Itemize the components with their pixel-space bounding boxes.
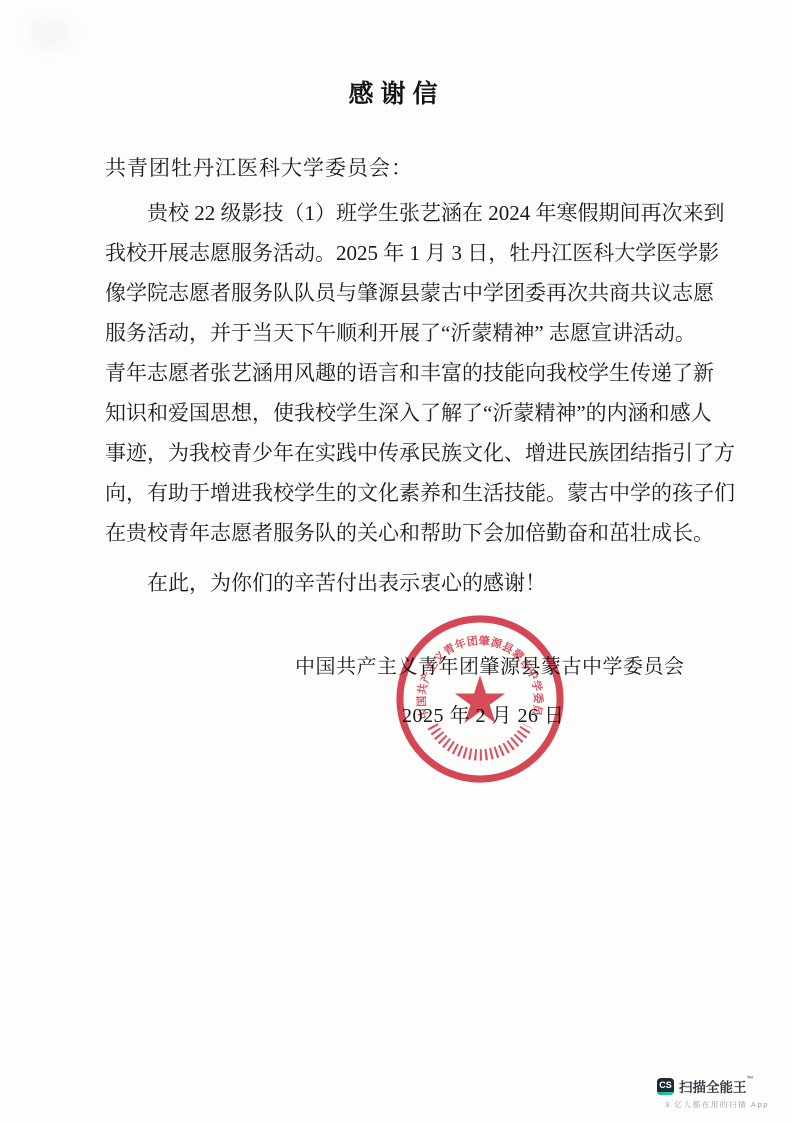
- body-line: 向，有助于增进我校学生的文化素养和生活技能。蒙古中学的孩子们: [105, 473, 683, 513]
- body-line: 服务活动，并于当天下午顺利开展了“沂蒙精神” 志愿宣讲活动。: [105, 313, 683, 353]
- watermark-tagline: 3 亿人都在用的扫描 App: [657, 1099, 777, 1110]
- letter-closing: 在此，为你们的辛苦付出表示衷心的感谢！: [105, 563, 683, 603]
- letter-date: 2025 年 2 月 26 日: [402, 699, 565, 728]
- body-line: 青年志愿者张艺涵用风趣的语言和丰富的技能向我校学生传递了新: [105, 353, 683, 393]
- body-line: 事迹，为我校青少年在实践中传承民族文化、增进民族团结指引了方: [105, 433, 683, 473]
- watermark-trademark: ™: [747, 1076, 754, 1083]
- letter-signature: 中国共产主义青年团肇源县蒙古中学委员会: [295, 650, 685, 679]
- scan-noise-artifact: [30, 20, 70, 48]
- watermark-logo-row: CS 扫描全能王™: [657, 1076, 777, 1096]
- letter-body: 贵校 22 级影技（1）班学生张艺涵在 2024 年寒假期间再次来到 我校开展志…: [105, 193, 683, 553]
- camscanner-watermark: CS 扫描全能王™ 3 亿人都在用的扫描 App: [657, 1076, 777, 1110]
- body-line: 贵校 22 级影技（1）班学生张艺涵在 2024 年寒假期间再次来到: [105, 193, 683, 233]
- camscanner-logo-icon: CS: [657, 1078, 674, 1095]
- letter-salutation: 共青团牡丹江医科大学委员会：: [105, 152, 413, 182]
- camscanner-logo-text: CS: [659, 1080, 672, 1090]
- watermark-app-name-text: 扫描全能王: [679, 1080, 747, 1095]
- camscanner-logo-accent: [657, 1092, 674, 1095]
- scanned-letter-page: 感谢信 共青团牡丹江医科大学委员会： 贵校 22 级影技（1）班学生张艺涵在 2…: [0, 0, 793, 1123]
- body-line: 像学院志愿者服务队队员与肇源县蒙古中学团委再次共商共议志愿: [105, 273, 683, 313]
- letter-title: 感谢信: [0, 74, 793, 110]
- watermark-app-name: 扫描全能王™: [679, 1076, 754, 1096]
- body-line: 在贵校青年志愿者服务队的关心和帮助下会加倍勤奋和茁壮成长。: [105, 513, 683, 553]
- body-line: 知识和爱国思想，使我校学生深入了解了“沂蒙精神”的内涵和感人: [105, 393, 683, 433]
- body-line: 我校开展志愿服务活动。2025 年 1 月 3 日，牡丹江医科大学医学影: [105, 233, 683, 273]
- seal-mongolian-script-marks: [433, 726, 527, 755]
